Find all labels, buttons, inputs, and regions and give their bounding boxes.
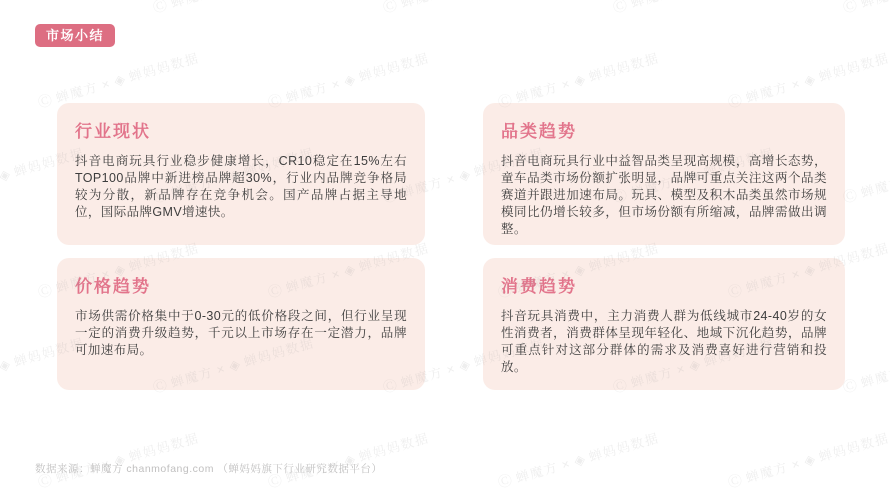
chanmofang-logo-icon: Ⓒ xyxy=(611,0,630,16)
watermark-brand-right: 蝉妈妈数据 xyxy=(357,50,431,84)
card-industry-status: 行业现状 抖音电商玩具行业稳步健康增长，CR10稳定在15%左右TOP100品牌… xyxy=(57,103,425,245)
watermark-brand-left: 蝉魔方 xyxy=(744,79,790,105)
brand-watermark: Ⓒ蝉魔方×◈蝉妈妈数据 xyxy=(495,427,661,492)
brand-watermark: Ⓒ蝉魔方×◈蝉妈妈数据 xyxy=(380,0,546,18)
watermark-brand-left: 蝉魔方 xyxy=(744,459,790,485)
brand-watermark: Ⓒ蝉魔方×◈蝉妈妈数据 xyxy=(840,142,890,207)
card-category-trend: 品类趋势 抖音电商玩具行业中益智品类呈现高规模，高增长态势，童车品类市场份额扩张… xyxy=(483,103,845,245)
chanmama-logo-icon: ◈ xyxy=(0,165,13,184)
watermark-brand-right: 蝉妈妈数据 xyxy=(817,50,890,84)
chanmofang-logo-icon: Ⓒ xyxy=(36,281,55,301)
watermark-separator: × xyxy=(445,171,458,188)
watermark-brand-left: 蝉魔方 xyxy=(859,174,890,200)
watermark-brand-left: 蝉魔方 xyxy=(169,0,215,11)
watermark-brand-left: 蝉魔方 xyxy=(859,364,890,390)
watermark-brand-left: 蝉魔方 xyxy=(629,0,675,11)
watermark-brand-left: 蝉魔方 xyxy=(54,79,100,105)
watermark-brand-left: 蝉魔方 xyxy=(399,0,445,11)
watermark-brand-left: 蝉魔方 xyxy=(859,0,890,11)
chanmofang-logo-icon: Ⓒ xyxy=(381,0,400,16)
chanmama-logo-icon: ◈ xyxy=(572,70,588,89)
card-body-consumption-trend: 抖音玩具消费中，主力消费人群为低线城市24-40岁的女性消费者，消费群体呈现年轻… xyxy=(501,308,827,376)
chanmama-logo-icon: ◈ xyxy=(572,450,588,469)
chanmama-logo-icon: ◈ xyxy=(802,70,818,89)
watermark-separator: × xyxy=(790,76,803,93)
report-slide: 市场小结 行业现状 抖音电商玩具行业稳步健康增长，CR10稳定在15%左右TOP… xyxy=(0,0,890,500)
watermark-brand-right: 蝉妈妈数据 xyxy=(127,430,201,464)
watermark-separator: × xyxy=(560,456,573,473)
watermark-layer: Ⓒ蝉魔方×◈蝉妈妈数据Ⓒ蝉魔方×◈蝉妈妈数据Ⓒ蝉魔方×◈蝉妈妈数据Ⓒ蝉魔方×◈蝉… xyxy=(0,0,890,500)
card-body-category-trend: 抖音电商玩具行业中益智品类呈现高规模，高增长态势，童车品类市场份额扩张明显，品牌… xyxy=(501,153,827,238)
brand-watermark: Ⓒ蝉魔方×◈蝉妈妈数据 xyxy=(35,427,201,492)
watermark-brand-right: 蝉妈妈数据 xyxy=(127,50,201,84)
chanmofang-logo-icon: Ⓒ xyxy=(726,471,745,491)
brand-watermark: Ⓒ蝉魔方×◈蝉妈妈数据 xyxy=(840,332,890,397)
brand-watermark: Ⓒ蝉魔方×◈蝉妈妈数据 xyxy=(265,427,431,492)
watermark-brand-right: 蝉妈妈数据 xyxy=(357,430,431,464)
brand-watermark: Ⓒ蝉魔方×◈蝉妈妈数据 xyxy=(725,427,890,492)
watermark-separator: × xyxy=(100,76,113,93)
watermark-brand-left: 蝉魔方 xyxy=(284,79,330,105)
data-source-note: 数据来源：蝉魔方 chanmofang.com （蝉妈妈旗下行业研究数据平台） xyxy=(35,461,382,476)
brand-watermark: Ⓒ蝉魔方×◈蝉妈妈数据 xyxy=(0,0,86,18)
card-title-category-trend: 品类趋势 xyxy=(501,117,827,142)
chanmama-logo-icon: ◈ xyxy=(802,450,818,469)
watermark-separator: × xyxy=(330,76,343,93)
chanmama-logo-icon: ◈ xyxy=(457,355,473,374)
watermark-brand-left: 蝉魔方 xyxy=(514,79,560,105)
chanmama-logo-icon: ◈ xyxy=(0,355,13,374)
section-badge: 市场小结 xyxy=(35,24,115,47)
brand-watermark: Ⓒ蝉魔方×◈蝉妈妈数据 xyxy=(150,0,316,18)
chanmofang-logo-icon: Ⓒ xyxy=(496,471,515,491)
chanmofang-logo-icon: Ⓒ xyxy=(841,0,860,16)
chanmofang-logo-icon: Ⓒ xyxy=(151,0,170,16)
card-body-price-trend: 市场供需价格集中于0-30元的低价格段之间，但行业呈现一定的消费升级趋势，千元以… xyxy=(75,308,407,359)
card-title-price-trend: 价格趋势 xyxy=(75,272,407,297)
watermark-brand-right: 蝉妈妈数据 xyxy=(587,50,661,84)
watermark-brand-right: 蝉妈妈数据 xyxy=(817,430,890,464)
watermark-brand-right: 蝉妈妈数据 xyxy=(587,430,661,464)
card-price-trend: 价格趋势 市场供需价格集中于0-30元的低价格段之间，但行业呈现一定的消费升级趋… xyxy=(57,258,425,390)
watermark-separator: × xyxy=(790,456,803,473)
card-body-industry-status: 抖音电商玩具行业稳步健康增长，CR10稳定在15%左右TOP100品牌中新进榜品… xyxy=(75,153,407,221)
card-title-industry-status: 行业现状 xyxy=(75,117,407,142)
chanmama-logo-icon: ◈ xyxy=(457,165,473,184)
card-consumption-trend: 消费趋势 抖音玩具消费中，主力消费人群为低线城市24-40岁的女性消费者，消费群… xyxy=(483,258,845,390)
watermark-separator: × xyxy=(560,76,573,93)
watermark-separator: × xyxy=(445,361,458,378)
chanmofang-logo-icon: Ⓒ xyxy=(36,91,55,111)
watermark-brand-left: 蝉魔方 xyxy=(514,459,560,485)
chanmama-logo-icon: ◈ xyxy=(112,70,128,89)
chanmama-logo-icon: ◈ xyxy=(342,70,358,89)
card-title-consumption-trend: 消费趋势 xyxy=(501,272,827,297)
brand-watermark: Ⓒ蝉魔方×◈蝉妈妈数据 xyxy=(610,0,776,18)
brand-watermark: Ⓒ蝉魔方×◈蝉妈妈数据 xyxy=(840,0,890,18)
